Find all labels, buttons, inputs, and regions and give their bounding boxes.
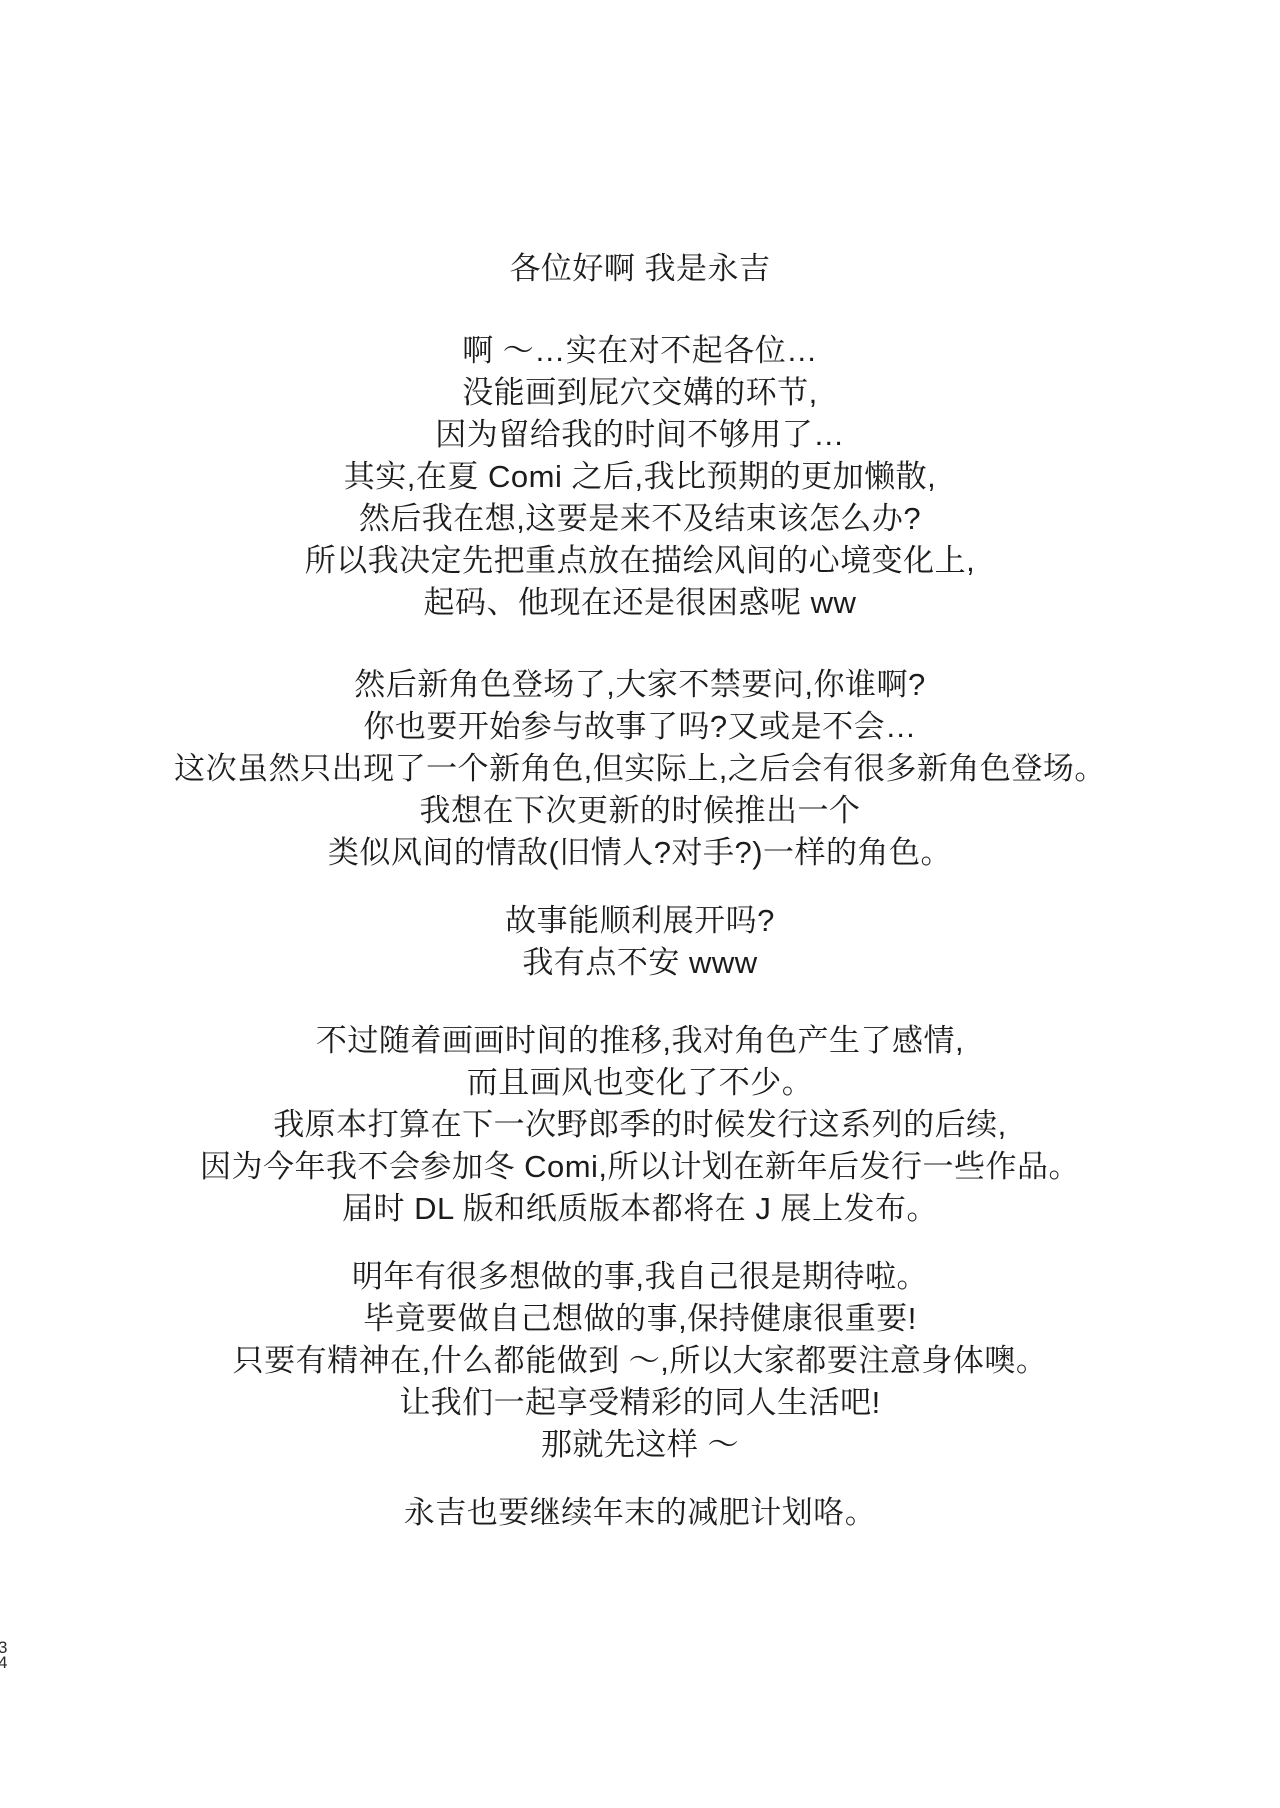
next-year-paragraph: 明年有很多想做的事,我自己很是期待啦。 毕竟要做自己想做的事,保持健康很重要! … bbox=[0, 1256, 1280, 1466]
text-line: 不过随着画画时间的推移,我对角色产生了感情, bbox=[0, 1020, 1280, 1062]
greeting-paragraph: 各位好啊 我是永吉 bbox=[0, 248, 1280, 290]
apology-paragraph: 啊 〜…实在对不起各位… 没能画到屁穴交媾的环节, 因为留给我的时间不够用了… … bbox=[0, 330, 1280, 624]
text-line: 各位好啊 我是永吉 bbox=[0, 248, 1280, 290]
text-line: 起码、他现在还是很困惑呢 ww bbox=[0, 582, 1280, 624]
text-line: 我想在下次更新的时候推出一个 bbox=[0, 790, 1280, 832]
worry-paragraph: 故事能顺利展开吗? 我有点不安 www bbox=[0, 900, 1280, 984]
text-line: 因为留给我的时间不够用了… bbox=[0, 414, 1280, 456]
text-line: 所以我决定先把重点放在描绘风间的心境变化上, bbox=[0, 540, 1280, 582]
afterword-page: 各位好啊 我是永吉 啊 〜…实在对不起各位… 没能画到屁穴交媾的环节, 因为留给… bbox=[0, 0, 1280, 1808]
text-line: 然后新角色登场了,大家不禁要问,你谁啊? bbox=[0, 664, 1280, 706]
text-line: 类似风间的情敌(旧情人?对手?)一样的角色。 bbox=[0, 832, 1280, 874]
page-number: 3 4 bbox=[0, 1640, 7, 1670]
text-line: 明年有很多想做的事,我自己很是期待啦。 bbox=[0, 1256, 1280, 1298]
text-line: 其实,在夏 Comi 之后,我比预期的更加懒散, bbox=[0, 456, 1280, 498]
text-line: 没能画到屁穴交媾的环节, bbox=[0, 372, 1280, 414]
text-line: 只要有精神在,什么都能做到 〜,所以大家都要注意身体噢。 bbox=[0, 1340, 1280, 1382]
new-character-paragraph: 然后新角色登场了,大家不禁要问,你谁啊? 你也要开始参与故事了吗?又或是不会… … bbox=[0, 664, 1280, 874]
text-line: 你也要开始参与故事了吗?又或是不会… bbox=[0, 706, 1280, 748]
release-plan-paragraph: 不过随着画画时间的推移,我对角色产生了感情, 而且画风也变化了不少。 我原本打算… bbox=[0, 1020, 1280, 1230]
text-line: 届时 DL 版和纸质版本都将在 J 展上发布。 bbox=[0, 1188, 1280, 1230]
page-number-digit: 4 bbox=[0, 1655, 7, 1670]
text-line: 这次虽然只出现了一个新角色,但实际上,之后会有很多新角色登场。 bbox=[0, 748, 1280, 790]
text-line: 而且画风也变化了不少。 bbox=[0, 1062, 1280, 1104]
text-line: 永吉也要继续年末的减肥计划咯。 bbox=[0, 1492, 1280, 1534]
text-line: 我有点不安 www bbox=[0, 942, 1280, 984]
text-line: 因为今年我不会参加冬 Comi,所以计划在新年后发行一些作品。 bbox=[0, 1146, 1280, 1188]
text-line: 然后我在想,这要是来不及结束该怎么办? bbox=[0, 498, 1280, 540]
text-line: 我原本打算在下一次野郎季的时候发行这系列的后续, bbox=[0, 1104, 1280, 1146]
text-line: 那就先这样 〜 bbox=[0, 1424, 1280, 1466]
text-line: 让我们一起享受精彩的同人生活吧! bbox=[0, 1382, 1280, 1424]
closing-paragraph: 永吉也要继续年末的减肥计划咯。 bbox=[0, 1492, 1280, 1534]
afterword-text: 各位好啊 我是永吉 啊 〜…实在对不起各位… 没能画到屁穴交媾的环节, 因为留给… bbox=[0, 0, 1280, 1534]
text-line: 毕竟要做自己想做的事,保持健康很重要! bbox=[0, 1298, 1280, 1340]
text-line: 故事能顺利展开吗? bbox=[0, 900, 1280, 942]
text-line: 啊 〜…实在对不起各位… bbox=[0, 330, 1280, 372]
